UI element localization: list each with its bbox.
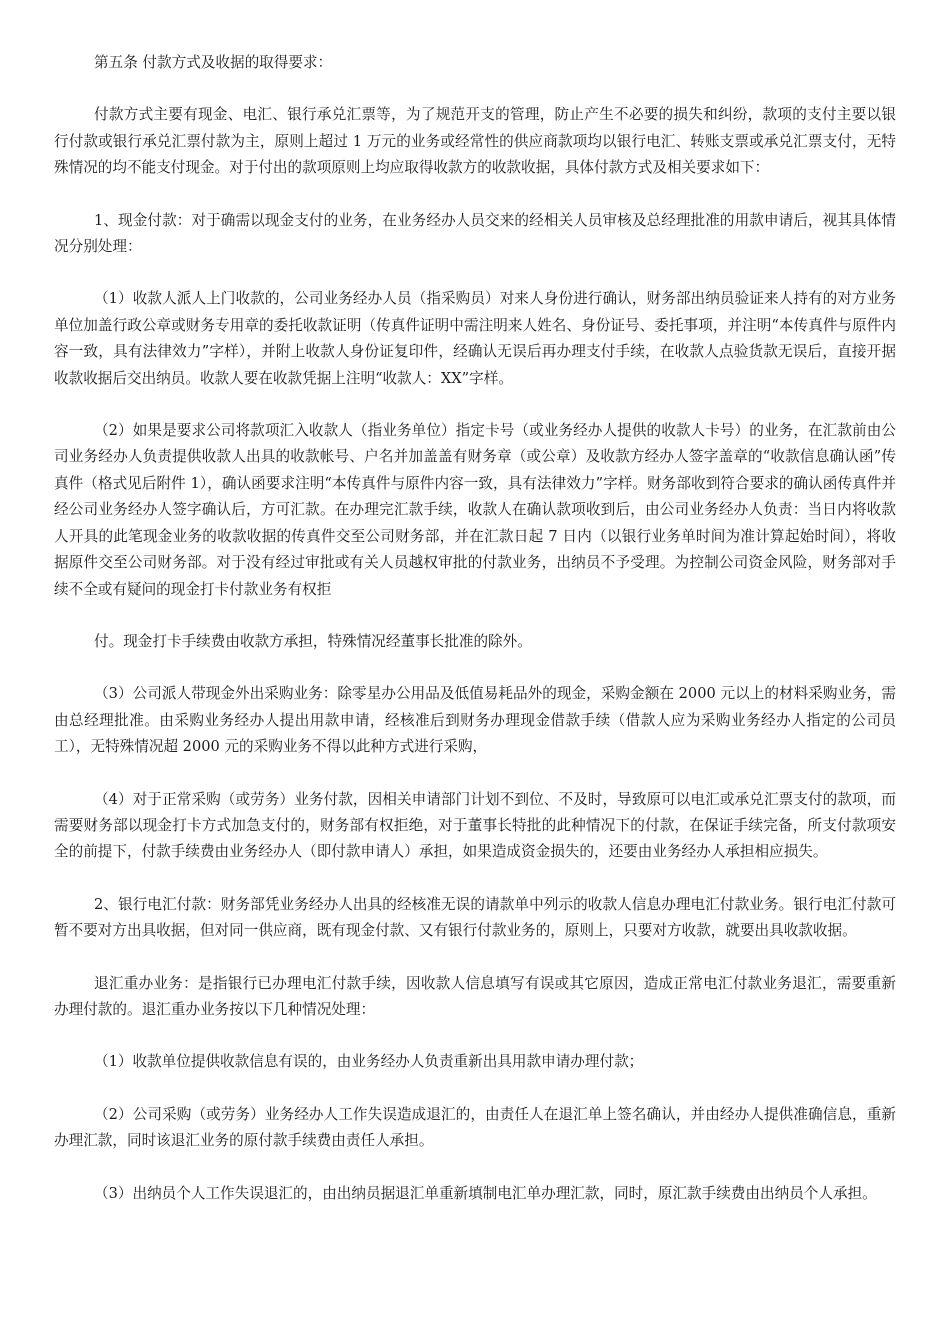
paragraph-cash-item-1: （1）收款人派人上门收款的，公司业务经办人员（指采购员）对来人身份进行确认，财务… <box>54 286 896 392</box>
paragraph-payment-methods: 付款方式主要有现金、电汇、银行承兑汇票等，为了规范开支的管理，防止产生不必要的损… <box>54 102 896 181</box>
paragraph-refund-item-3: （3）出纳员个人工作失误退汇的，由出纳员据退汇单重新填制电汇单办理汇款，同时，原… <box>54 1181 896 1207</box>
paragraph-cash-payment: 1、现金付款：对于确需以现金支付的业务，在业务经办人员交来的经相关人员审核及总经… <box>54 208 896 261</box>
article-heading: 第五条 付款方式及收据的取得要求： <box>54 50 896 76</box>
document-page: 第五条 付款方式及收据的取得要求： 付款方式主要有现金、电汇、银行承兑汇票等，为… <box>54 50 896 1207</box>
paragraph-cash-item-3: （3）公司派人带现金外出采购业务：除零星办公用品及低值易耗品外的现金，采购金额在… <box>54 681 896 760</box>
paragraph-refund-item-1: （1）收款单位提供收款信息有误的，由业务经办人负责重新出具用款申请办理付款； <box>54 1049 896 1075</box>
paragraph-cash-item-2-continued: 付。现金打卡手续费由收款方承担，特殊情况经董事长批准的除外。 <box>54 629 896 655</box>
paragraph-refund-reprocess: 退汇重办业务：是指银行已办理电汇付款手续，因收款人信息填写有误或其它原因，造成正… <box>54 971 896 1024</box>
paragraph-refund-item-2: （2）公司采购（或劳务）业务经办人工作失误造成退汇的，由责任人在退汇单上签名确认… <box>54 1102 896 1155</box>
paragraph-bank-transfer: 2、银行电汇付款：财务部凭业务经办人出具的经核准无误的请款单中列示的收款人信息办… <box>54 892 896 945</box>
paragraph-cash-item-2: （2）如果是要求公司将款项汇入收款人（指业务单位）指定卡号（或业务经办人提供的收… <box>54 418 896 603</box>
paragraph-cash-item-4: （4）对于正常采购（或劳务）业务付款，因相关申请部门计划不到位、不及时，导致原可… <box>54 787 896 866</box>
